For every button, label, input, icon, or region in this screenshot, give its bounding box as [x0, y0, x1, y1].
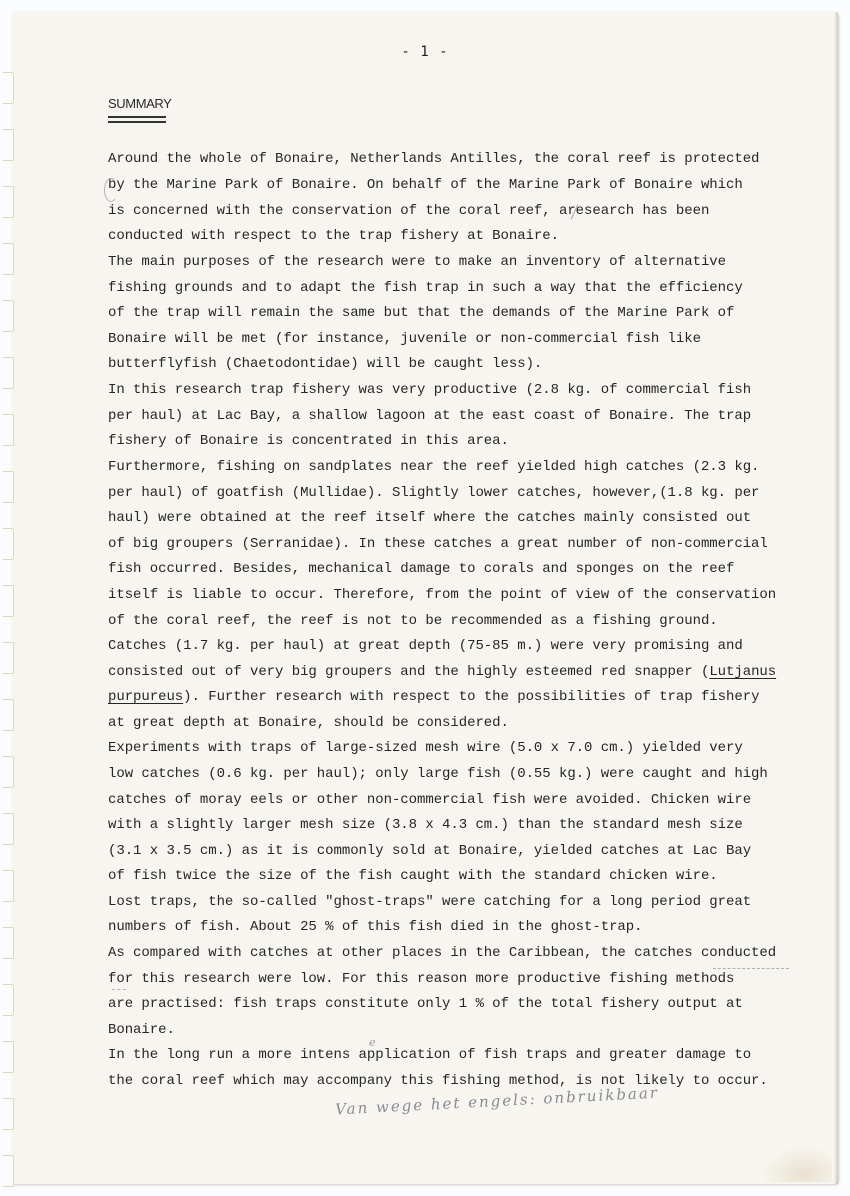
text-line: of the coral reef, the reef is not to be… — [108, 612, 718, 630]
text-line: catches of moray eels or other non-comme… — [108, 791, 751, 809]
text-line: Around the whole of Bonaire, Netherlands… — [108, 150, 759, 168]
text-line: fishery of Bonaire is concentrated in th… — [108, 432, 509, 450]
heading-underline-double — [108, 121, 166, 123]
text-line: Bonaire will be met (for instance, juven… — [108, 330, 701, 348]
text-line: low catches (0.6 kg. per haul); only lar… — [108, 765, 768, 783]
text-line: conducted with respect to the trap fishe… — [108, 227, 559, 245]
text-line: numbers of fish. About 25 % of this fish… — [108, 918, 643, 936]
binding-hole — [3, 1098, 14, 1130]
pencil-circle-mark — [104, 178, 118, 202]
pencil-squiggle-mark — [112, 985, 126, 990]
text-line: Catches (1.7 kg. per haul) at great dept… — [108, 637, 743, 655]
binding-hole — [3, 870, 14, 902]
binding-hole — [3, 585, 14, 617]
text-line: Furthermore, fishing on sandplates near … — [108, 458, 759, 476]
text-line: itself is liable to occur. Therefore, fr… — [108, 586, 776, 604]
text-line: is concerned with the conservation of th… — [108, 202, 709, 220]
page-number: - 1 - — [0, 44, 850, 60]
binding-hole — [3, 927, 14, 959]
text-line: purpureus). Further research with respec… — [108, 688, 759, 706]
text-line: with a slightly larger mesh size (3.8 x … — [108, 816, 743, 834]
text-line: of big groupers (Serranidae). In these c… — [108, 535, 768, 553]
text-line: for this research were low. For this rea… — [108, 970, 734, 988]
text-line: Lost traps, the so-called "ghost-traps" … — [108, 893, 751, 911]
binding-hole — [3, 528, 14, 560]
paper-stain — [762, 1146, 832, 1182]
text-line: Experiments with traps of large-sized me… — [108, 739, 743, 757]
binding-hole — [3, 699, 14, 731]
binding-hole — [3, 756, 14, 788]
text-line: per haul) at Lac Bay, a shallow lagoon a… — [108, 407, 751, 425]
text-line: haul) were obtained at the reef itself w… — [108, 509, 751, 527]
heading-underline — [108, 116, 166, 118]
text-line: are practised: fish traps constitute onl… — [108, 995, 743, 1013]
text-line: fishing grounds and to adapt the fish tr… — [108, 279, 743, 297]
text-line: the coral reef which may accompany this … — [108, 1072, 768, 1090]
text-line: In the long run a more intens applicatio… — [108, 1046, 751, 1064]
text-line: Bonaire. — [108, 1021, 175, 1039]
binding-hole — [3, 1155, 14, 1187]
text-line: by the Marine Park of Bonaire. On behalf… — [108, 176, 743, 194]
binding-hole — [3, 984, 14, 1016]
binding-hole — [3, 642, 14, 674]
binding-hole — [3, 1041, 14, 1073]
text-line: In this research trap fishery was very p… — [108, 381, 751, 399]
binding-hole — [3, 72, 14, 104]
text-line: The main purposes of the research were t… — [108, 253, 726, 271]
binding-hole — [3, 129, 14, 161]
text-line: of fish twice the size of the fish caugh… — [108, 867, 718, 885]
text-line: fish occurred. Besides, mechanical damag… — [108, 560, 734, 578]
text-line: consisted out of very big groupers and t… — [108, 663, 776, 681]
text-line: at great depth at Bonaire, should be con… — [108, 714, 509, 732]
species-name: Lutjanus — [709, 664, 776, 680]
text-line: As compared with catches at other places… — [108, 944, 776, 962]
binding-hole — [3, 186, 14, 218]
pencil-insert-letter: e — [369, 1036, 376, 1049]
binding-hole — [3, 471, 14, 503]
species-name: purpureus — [108, 689, 183, 705]
binding-hole — [3, 414, 14, 446]
binding-hole — [3, 300, 14, 332]
text-segment: consisted out of very big groupers and t… — [108, 664, 709, 680]
text-line: (3.1 x 3.5 cm.) as it is commonly sold a… — [108, 842, 751, 860]
text-line: of the trap will remain the same but tha… — [108, 304, 734, 322]
binding-hole — [3, 813, 14, 845]
section-heading: SUMMARY — [108, 96, 171, 111]
pencil-squiggle-underline — [713, 962, 789, 969]
text-segment: ). Further research with respect to the … — [183, 689, 759, 705]
binding-hole — [3, 357, 14, 389]
text-line: per haul) of goatfish (Mullidae). Slight… — [108, 484, 759, 502]
text-line: butterflyfish (Chaetodontidae) will be c… — [108, 355, 542, 373]
binding-hole — [3, 243, 14, 275]
